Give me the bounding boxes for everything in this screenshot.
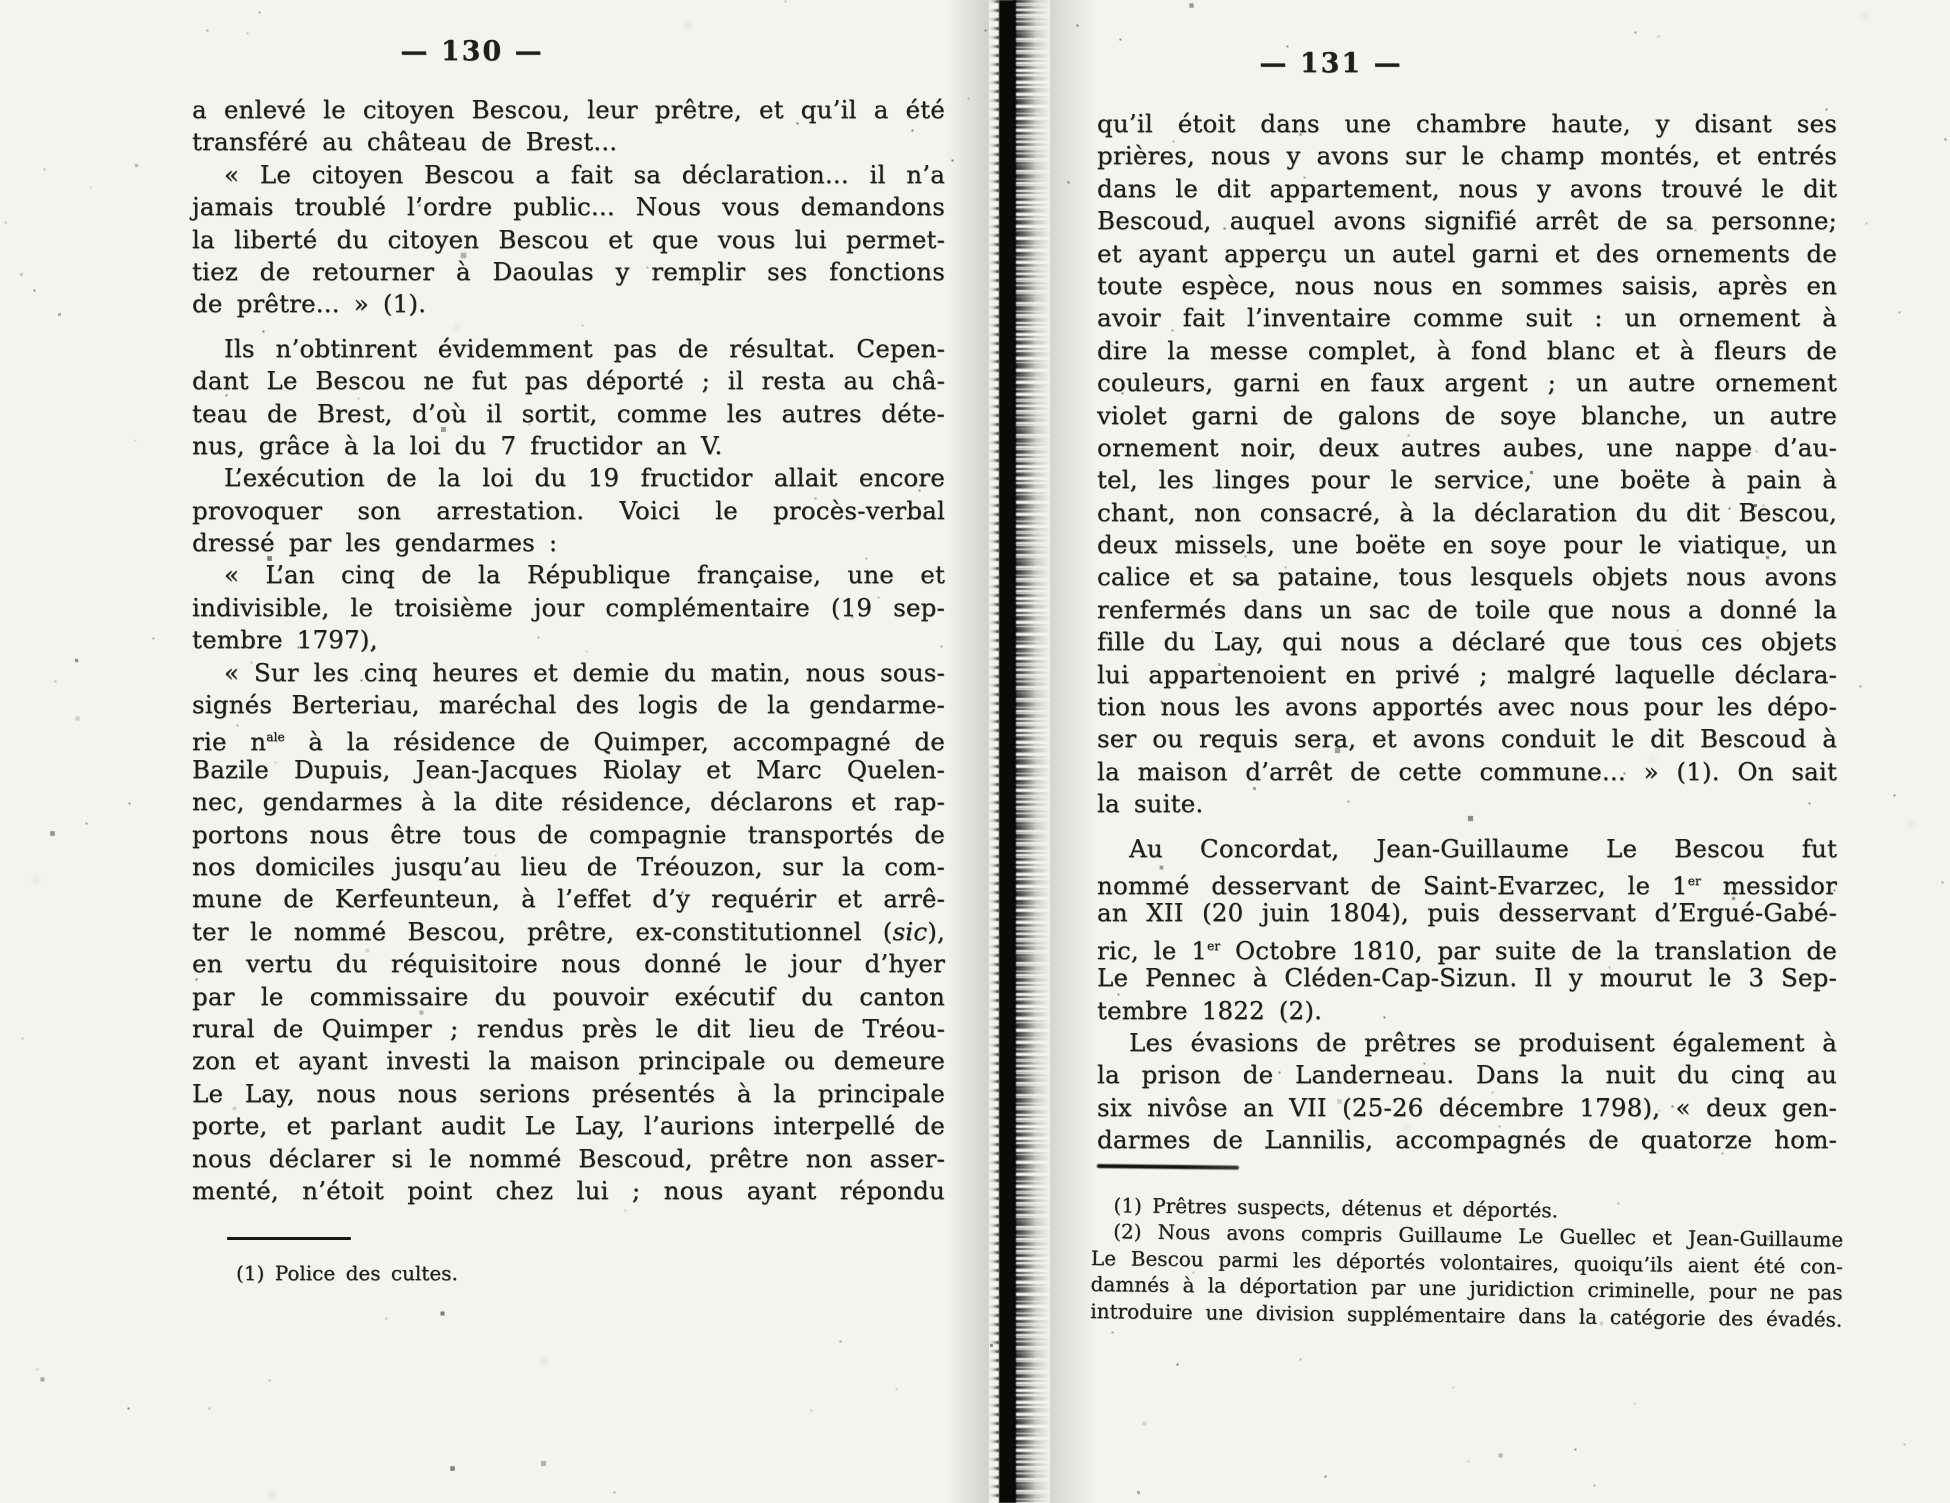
- text-line: porte, et parlant audit Le Lay, l’aurion…: [192, 1110, 945, 1142]
- text-line: prières, nous y avons sur le champ monté…: [1097, 140, 1837, 172]
- text-line: nus, grâce à la loi du 7 fructidor an V.: [192, 430, 945, 462]
- text-line: nommé desservant de Saint-Evarzec, le 1e…: [1097, 865, 1837, 897]
- gutter-shadow: [946, 0, 989, 1503]
- text-line: ter le nommé Bescou, prêtre, ex-constitu…: [192, 916, 945, 948]
- text-line: teau de Brest, d’où il sortit, comme les…: [192, 398, 945, 430]
- footnotes-131: (1) Prêtres suspects, détenus et déporté…: [1090, 1192, 1843, 1332]
- footnote-rule: [1097, 1164, 1239, 1170]
- scan-noise: [0, 0, 1, 1]
- footnotes-130: (1) Police des cultes.: [214, 1260, 954, 1286]
- text-line: transféré au château de Brest...: [192, 126, 945, 158]
- text-line: par le commissaire du pouvoir exécutif d…: [192, 981, 945, 1013]
- text-line: fille du Lay, qui nous a déclaré que tou…: [1097, 626, 1837, 658]
- footnote-line: (1) Police des cultes.: [214, 1260, 954, 1286]
- text-line: en vertu du réquisitoire nous donné le j…: [192, 948, 945, 980]
- text-line: dant Le Bescou ne fut pas déporté ; il r…: [192, 365, 945, 397]
- text-line: ser ou requis sera, et avons conduit le …: [1097, 723, 1837, 755]
- book-gutter-fray: [989, 0, 999, 1503]
- text-line: la prison de Landerneau. Dans la nuit du…: [1097, 1059, 1837, 1091]
- text-line: nos domiciles jusqu’au lieu de Tréouzon,…: [192, 851, 945, 883]
- text-line: Les évasions de prêtres se produisent ég…: [1097, 1027, 1837, 1059]
- text-line: couleurs, garni en faux argent ; un autr…: [1097, 367, 1837, 399]
- text-line: tembre 1822 (2).: [1097, 995, 1837, 1027]
- text-line: ric, le 1er Octobre 1810, par suite de l…: [1097, 930, 1837, 962]
- text-line: chant, non consacré, à la déclaration du…: [1097, 497, 1837, 529]
- text-line: Le Pennec à Cléden-Cap-Sizun. Il y mouru…: [1097, 962, 1837, 994]
- page-number-header-131: — 131 —: [1259, 48, 1402, 79]
- text-line: jamais troublé l’ordre public... Nous vo…: [192, 191, 945, 223]
- text-line: signés Berteriau, maréchal des logis de …: [192, 689, 945, 721]
- text-line: Bescoud, auquel avons signifié arrêt de …: [1097, 205, 1837, 237]
- text-line: darmes de Lannilis, accompagnés de quato…: [1097, 1124, 1837, 1156]
- gutter-shadow: [1050, 0, 1096, 1503]
- text-line: L’exécution de la loi du 19 fructidor al…: [192, 462, 945, 494]
- text-line: portons nous être tous de compagnie tran…: [192, 819, 945, 851]
- page-number-header-130: — 130 —: [400, 36, 543, 67]
- text-line: dressé par les gendarmes :: [192, 527, 945, 559]
- text-line: provoquer son arrestation. Voici le proc…: [192, 495, 945, 527]
- text-line: « Le citoyen Bescou a fait sa déclaratio…: [192, 159, 945, 191]
- text-line: nous déclarer si le nommé Bescoud, prêtr…: [192, 1143, 945, 1175]
- text-line: tembre 1797),: [192, 624, 945, 656]
- text-line: six nivôse an VII (25-26 décembre 1798),…: [1097, 1092, 1837, 1124]
- text-line: calice et sa pataine, tous lesquels obje…: [1097, 561, 1837, 593]
- text-line: mune de Kerfeunteun, à l’effet d’y requé…: [192, 883, 945, 915]
- page-body-130: a enlevé le citoyen Bescou, leur prêtre,…: [192, 94, 945, 1207]
- text-line: la maison d’arrêt de cette commune... » …: [1097, 756, 1837, 788]
- text-line: rural de Quimper ; rendus près le dit li…: [192, 1013, 945, 1045]
- text-line: tion nous les avons apportés avec nous p…: [1097, 691, 1837, 723]
- text-line: ornement noir, deux autres aubes, une na…: [1097, 432, 1837, 464]
- text-line: zon et ayant investi la maison principal…: [192, 1045, 945, 1077]
- text-line: lui appartenoient en privé ; malgré laqu…: [1097, 659, 1837, 691]
- text-line: avoir fait l’inventaire comme suit : un …: [1097, 302, 1837, 334]
- text-line: tel, les linges pour le service, une boë…: [1097, 464, 1837, 496]
- text-line: « Sur les cinq heures et demie du matin,…: [192, 657, 945, 689]
- page-body-131: qu’il étoit dans une chambre haute, y di…: [1097, 108, 1837, 1157]
- text-line: dans le dit appartement, nous y avons tr…: [1097, 173, 1837, 205]
- text-line: tiez de retourner à Daoulas y remplir se…: [192, 256, 945, 288]
- text-line: an XII (20 juin 1804), puis desservant d…: [1097, 897, 1837, 929]
- text-line: deux missels, une boëte en soye pour le …: [1097, 529, 1837, 561]
- footnote-rule: [227, 1237, 351, 1240]
- text-line: nec, gendarmes à la dite résidence, décl…: [192, 786, 945, 818]
- text-line: indivisible, le troisième jour complémen…: [192, 592, 945, 624]
- text-line: et ayant apperçu un autel garni et des o…: [1097, 238, 1837, 270]
- text-line: dire la messe complet, à fond blanc et à…: [1097, 335, 1837, 367]
- text-line: violet garni de galons de soye blanche, …: [1097, 400, 1837, 432]
- footnote-block: (1) Prêtres suspects, détenus et déporté…: [1090, 1158, 1844, 1332]
- book-gutter-fringe: [1013, 0, 1051, 1503]
- text-line: qu’il étoit dans une chambre haute, y di…: [1097, 108, 1837, 140]
- text-line: renfermés dans un sac de toile que nous …: [1097, 594, 1837, 626]
- text-line: « L’an cinq de la République française, …: [192, 559, 945, 591]
- text-line: rie nale à la résidence de Quimper, acco…: [192, 721, 945, 753]
- text-line: menté, n’étoit point chez lui ; nous aya…: [192, 1175, 945, 1207]
- text-line: Ils n’obtinrent évidemment pas de résult…: [192, 333, 945, 365]
- text-line: Au Concordat, Jean-Guillaume Le Bescou f…: [1097, 833, 1837, 865]
- text-line: Le Lay, nous nous serions présentés à la…: [192, 1078, 945, 1110]
- text-line: de prêtre... » (1).: [192, 288, 945, 320]
- text-line: Bazile Dupuis, Jean-Jacques Riolay et Ma…: [192, 754, 945, 786]
- scanned-book-spread: — 130 — a enlevé le citoyen Bescou, leur…: [0, 0, 1950, 1503]
- text-line: la suite.: [1097, 788, 1837, 820]
- text-line: toute espèce, nous nous en sommes saisis…: [1097, 270, 1837, 302]
- text-line: la liberté du citoyen Bescou et que vous…: [192, 224, 945, 256]
- text-line: a enlevé le citoyen Bescou, leur prêtre,…: [192, 94, 945, 126]
